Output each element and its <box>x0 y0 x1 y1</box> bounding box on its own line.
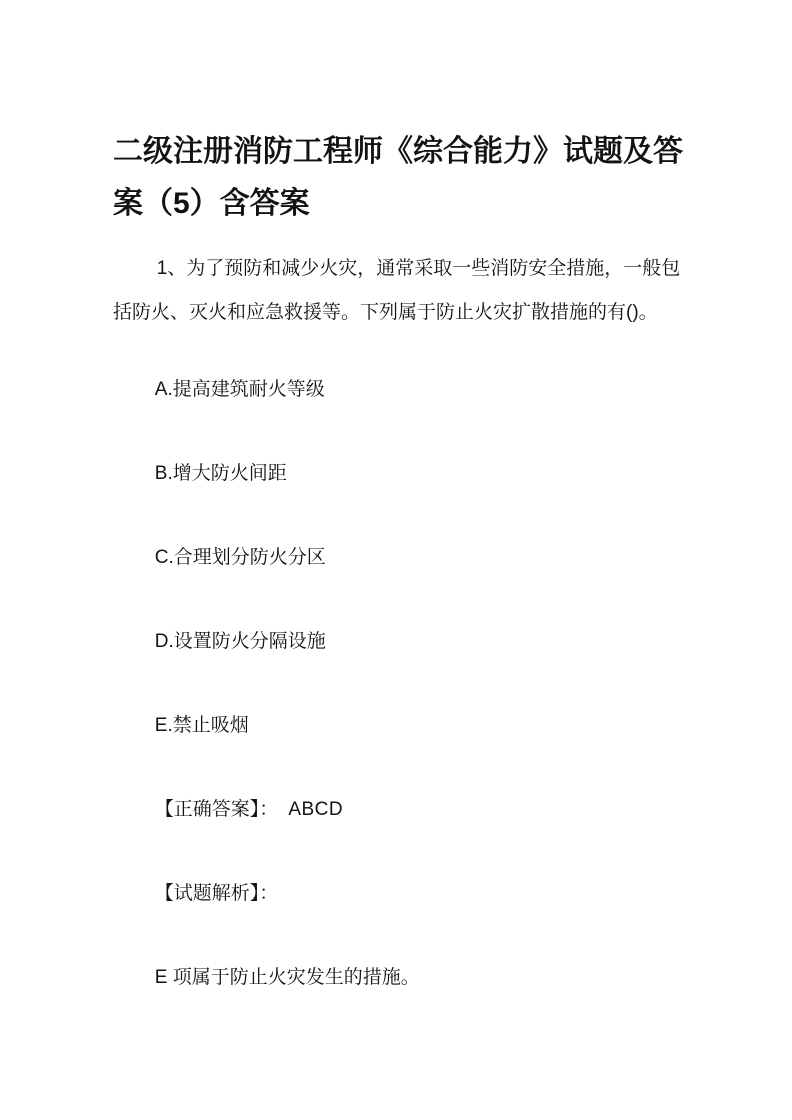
document-page: 二级注册消防工程师《综合能力》试题及答案（5）含答案 1、为了预防和减少火灾，通… <box>0 0 792 1120</box>
answer-value: ABCD <box>288 799 343 820</box>
document-title: 二级注册消防工程师《综合能力》试题及答案（5）含答案 <box>113 126 684 230</box>
option-e: E.禁止吸烟 <box>113 704 684 748</box>
option-a: A.提高建筑耐火等级 <box>113 368 684 412</box>
analysis-text: E 项属于防止火灾发生的措施。 <box>113 956 684 1000</box>
question-stem: 1、为了预防和减少火灾，通常采取一些消防安全措施，一般包括防火、灭火和应急救援等… <box>113 247 684 335</box>
option-d: D.设置防火分隔设施 <box>113 620 684 664</box>
option-b: B.增大防火间距 <box>113 452 684 496</box>
answer-line: 【正确答案】：ABCD <box>113 788 684 832</box>
option-c: C.合理划分防火分区 <box>113 536 684 580</box>
answer-label: 【正确答案】： <box>155 799 279 820</box>
analysis-label: 【试题解析】： <box>113 872 684 916</box>
